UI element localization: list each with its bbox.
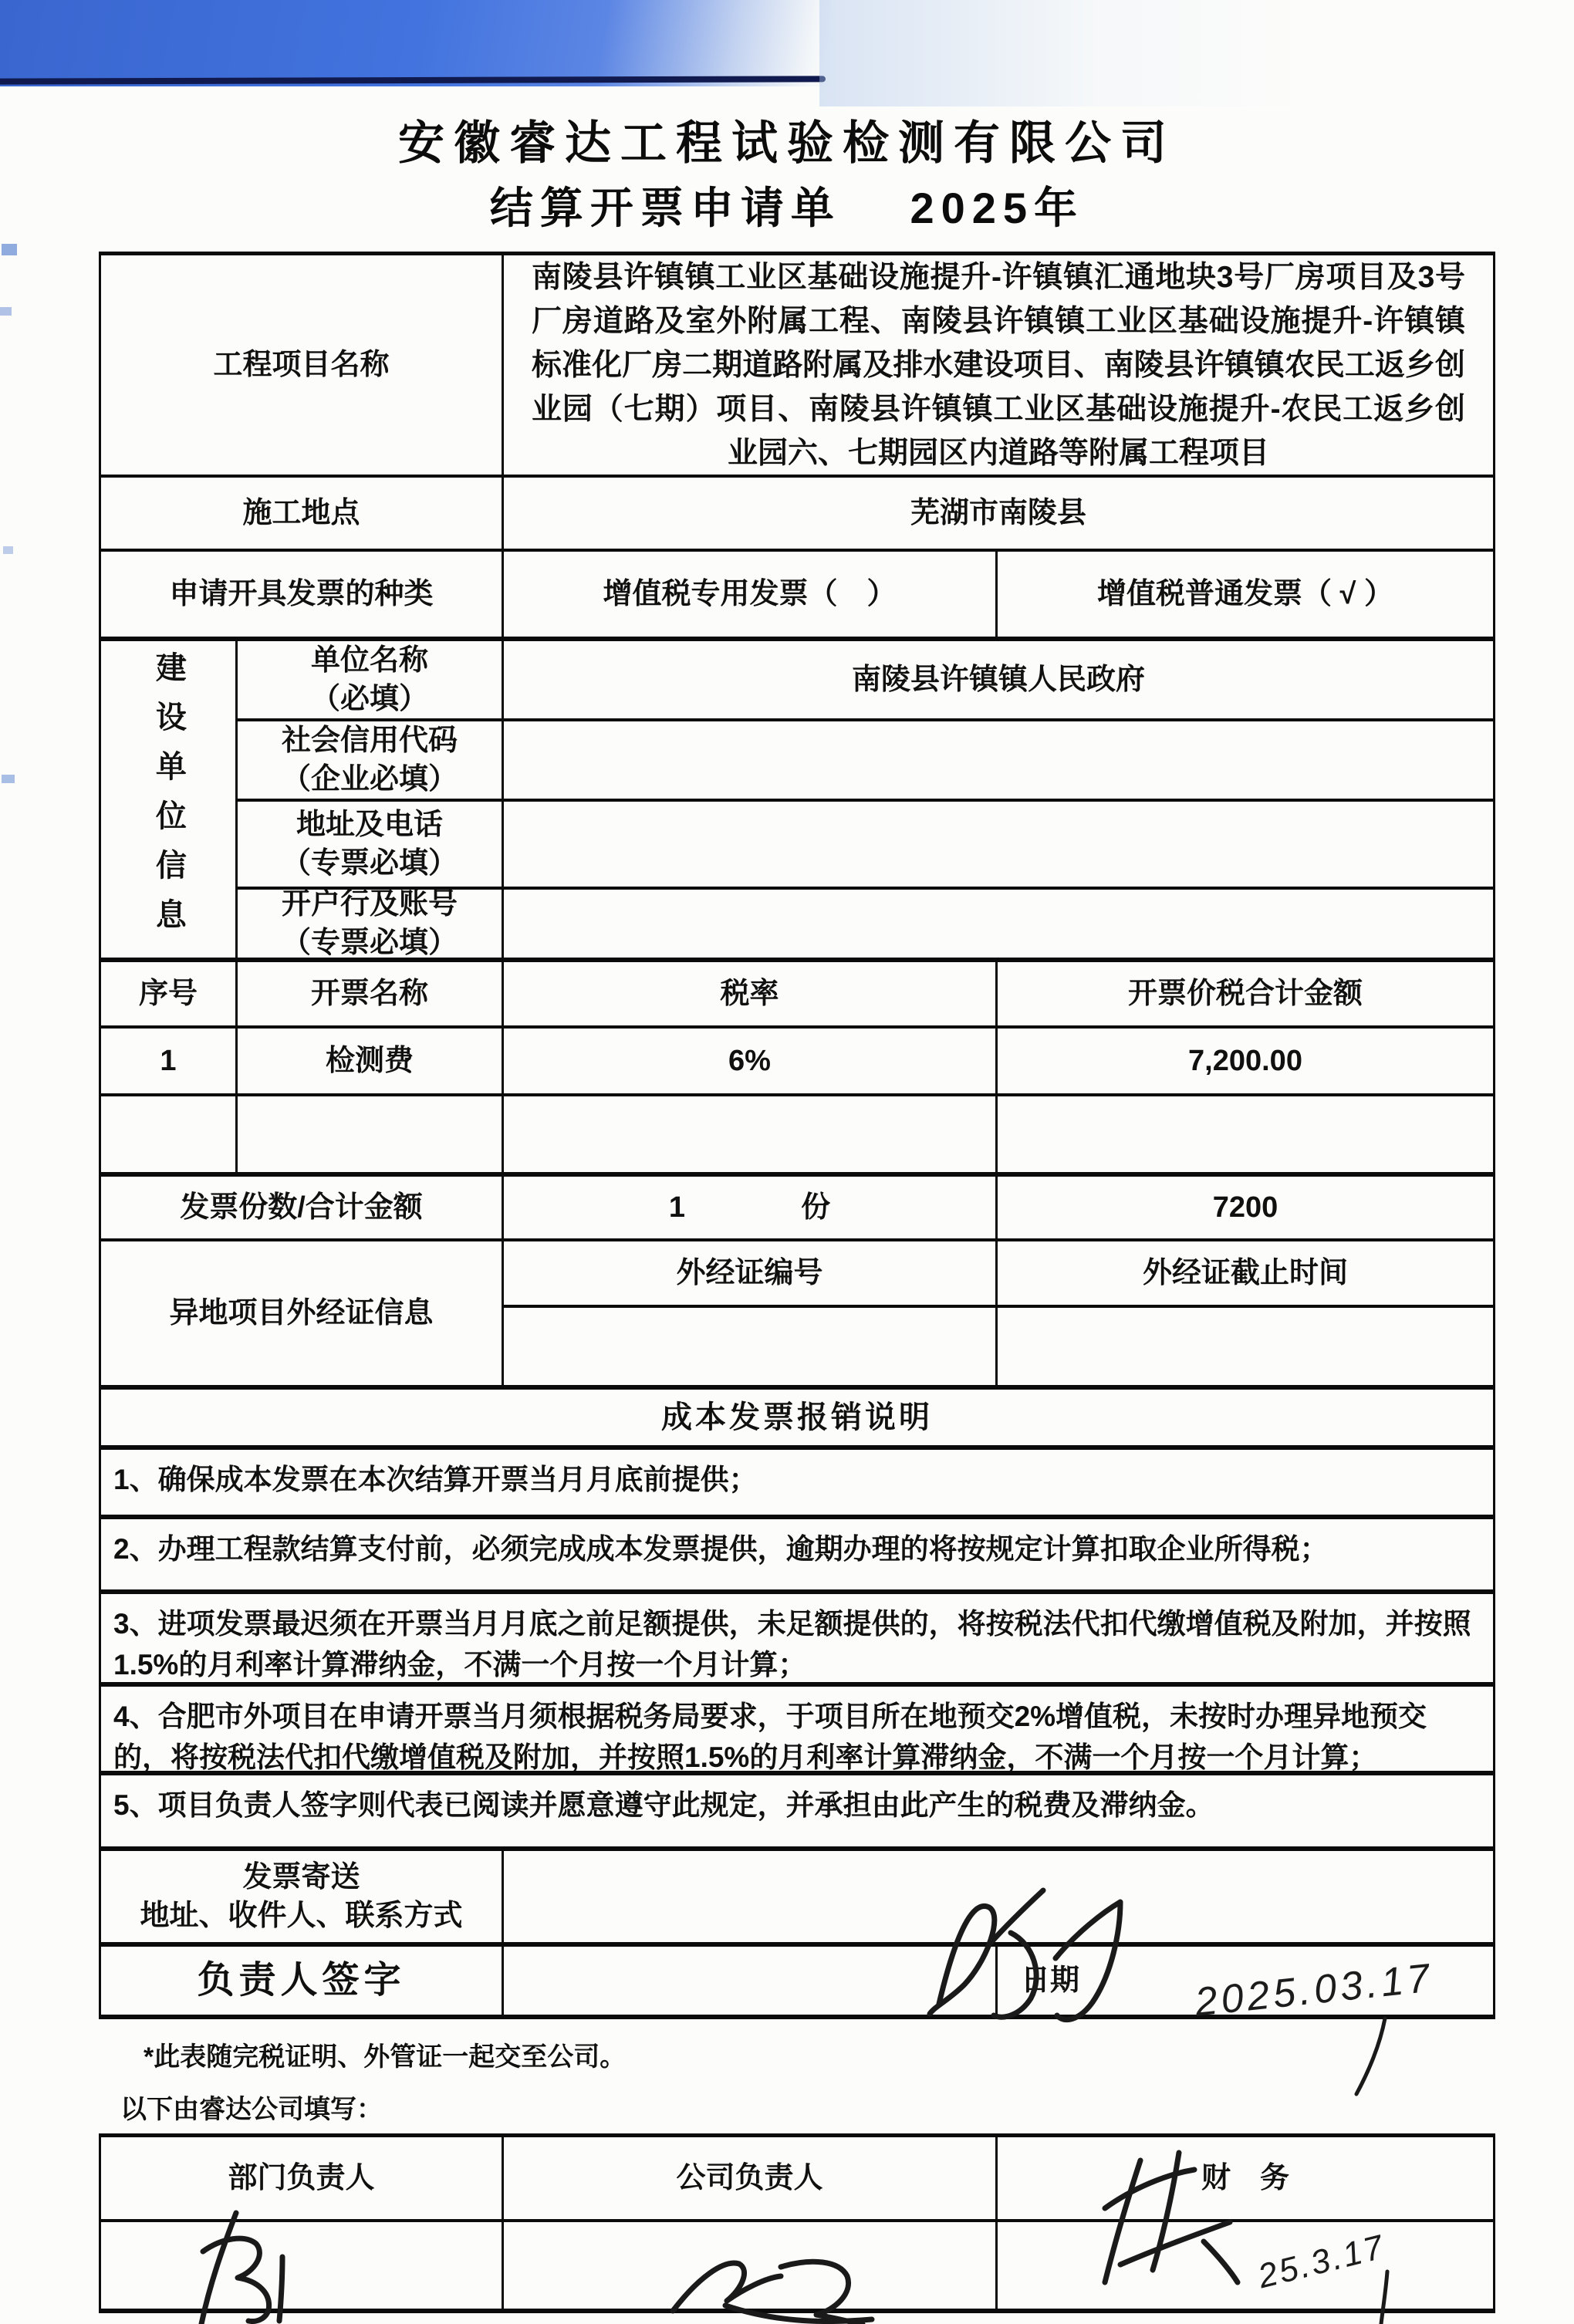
item-name xyxy=(238,1096,504,1177)
item-tax-rate: 6% xyxy=(504,1029,998,1096)
notes-title: 成本发票报销说明 xyxy=(101,1390,1495,1450)
builder-credit-value xyxy=(504,721,1495,802)
location-label: 施工地点 xyxy=(101,478,504,552)
approval-header-finance: 财 务 xyxy=(998,2137,1495,2222)
sign-area xyxy=(504,1947,998,2019)
scan-artifact-mark xyxy=(2,775,15,783)
item-index xyxy=(101,1096,238,1177)
location-row: 施工地点 芜湖市南陵县 xyxy=(101,478,1495,552)
note-text: 1、确保成本发票在本次结算开票当月月底前提供； xyxy=(101,1450,1495,1519)
outbound-cert-number-value xyxy=(504,1308,998,1390)
outbound-cert-deadline-value xyxy=(998,1308,1495,1390)
note-row-1: 1、确保成本发票在本次结算开票当月月底前提供； xyxy=(101,1450,1495,1519)
company-title: 安徽睿达工程试验检测有限公司 xyxy=(0,106,1574,173)
note-row-4: 4、合肥市外项目在申请开票当月须根据税务局要求，于项目所在地预交2%增值税，未按… xyxy=(101,1687,1495,1775)
approval-header-department: 部门负责人 xyxy=(101,2137,504,2222)
outbound-cert-group: 异地项目外经证信息 外经证编号 外经证截止时间 xyxy=(101,1241,1495,1390)
note-row-2: 2、办理工程款结算支付前，必须完成成本发票提供，逾期办理的将按规定计算扣取企业所… xyxy=(101,1519,1495,1594)
builder-name-label: 单位名称 （必填） xyxy=(238,641,504,721)
project-name-label: 工程项目名称 xyxy=(101,255,504,478)
scan-artifact-mark xyxy=(2,244,17,255)
scan-artifact-blue-band xyxy=(0,0,832,86)
item-index: 1 xyxy=(101,1029,238,1096)
note-row-3: 3、进项发票最迟须在开票当月月底之前足额提供，未足额提供的，将按税法代扣代缴增值… xyxy=(101,1594,1495,1687)
scanned-invoice-application-form: 安徽睿达工程试验检测有限公司 结算开票申请单 2025年 工程项目名称 南陵县许… xyxy=(0,0,1574,2324)
builder-row-name: 单位名称 （必填） 南陵县许镇镇人民政府 xyxy=(238,641,1495,721)
delivery-label: 发票寄送 地址、收件人、联系方式 xyxy=(101,1851,504,1947)
signature-date-tail xyxy=(1356,2018,1385,2094)
outbound-cert-header: 外经证编号 外经证截止时间 xyxy=(504,1241,1495,1308)
item-amount: 7,200.00 xyxy=(998,1029,1495,1096)
outbound-cert-rows: 外经证编号 外经证截止时间 xyxy=(504,1241,1495,1390)
form-title: 结算开票申请单 2025年 xyxy=(0,174,1574,236)
project-name-row: 工程项目名称 南陵县许镇镇工业区基础设施提升-许镇镇汇通地块3号厂房项目及3号厂… xyxy=(101,255,1495,478)
col-header-amount: 开票价税合计金额 xyxy=(998,962,1495,1029)
item-row: 1 检测费 6% 7,200.00 xyxy=(101,1029,1495,1096)
builder-rows: 单位名称 （必填） 南陵县许镇镇人民政府 社会信用代码 （企业必填） 地址及电话 xyxy=(238,641,1495,962)
totals-label: 发票份数/合计金额 xyxy=(101,1177,504,1241)
builder-address-label: 地址及电话 （专票必填） xyxy=(238,802,504,890)
approval-header-company: 公司负责人 xyxy=(504,2137,998,2222)
item-name: 检测费 xyxy=(238,1029,504,1096)
note-text: 5、项目负责人签字则代表已阅读并愿意遵守此规定，并承担由此产生的税费及滞纳金。 xyxy=(101,1775,1495,1851)
scan-artifact-mark xyxy=(0,307,12,316)
item-amount xyxy=(998,1096,1495,1177)
builder-info-group: 建设单位信息 单位名称 （必填） 南陵县许镇镇人民政府 社会信用代码 （企业必填… xyxy=(101,641,1495,962)
note-text: 3、进项发票最迟须在开票当月月底之前足额提供，未足额提供的，将按税法代扣代缴增值… xyxy=(101,1594,1495,1687)
totals-count: 1 份 xyxy=(504,1177,998,1241)
builder-credit-label: 社会信用代码 （企业必填） xyxy=(238,721,504,802)
outbound-cert-number-label: 外经证编号 xyxy=(504,1241,998,1308)
outbound-cert-values xyxy=(504,1308,1495,1390)
invoice-type-special: 增值税专用发票（ ） xyxy=(504,552,998,641)
delivery-value xyxy=(504,1851,1495,1947)
totals-row: 发票份数/合计金额 1 份 7200 xyxy=(101,1177,1495,1241)
builder-address-value xyxy=(504,802,1495,890)
delivery-row: 发票寄送 地址、收件人、联系方式 xyxy=(101,1851,1495,1947)
company-fill-hint: 以下由睿达公司填写： xyxy=(120,2088,383,2126)
invoice-type-label: 申请开具发票的种类 xyxy=(101,552,504,641)
scan-artifact-mark xyxy=(3,546,13,554)
builder-row-credit-code: 社会信用代码 （企业必填） xyxy=(238,721,1495,802)
outbound-cert-label: 异地项目外经证信息 xyxy=(101,1241,504,1390)
project-name-value: 南陵县许镇镇工业区基础设施提升-许镇镇汇通地块3号厂房项目及3号厂房道路及室外附… xyxy=(504,255,1495,478)
invoice-application-table: 工程项目名称 南陵县许镇镇工业区基础设施提升-许镇镇汇通地块3号厂房项目及3号厂… xyxy=(99,252,1495,2019)
note-row-5: 5、项目负责人签字则代表已阅读并愿意遵守此规定，并承担由此产生的税费及滞纳金。 xyxy=(101,1775,1495,1851)
builder-row-address: 地址及电话 （专票必填） xyxy=(238,802,1495,890)
builder-bank-value xyxy=(504,890,1495,962)
builder-name-value: 南陵县许镇镇人民政府 xyxy=(504,641,1495,721)
invoice-type-row: 申请开具发票的种类 增值税专用发票（ ） 增值税普通发票（ √ ） xyxy=(101,552,1495,641)
col-header-tax-rate: 税率 xyxy=(504,962,998,1029)
approval-sign-department xyxy=(101,2222,504,2313)
builder-bank-label: 开户行及账号 （专票必填） xyxy=(238,890,504,962)
item-row-empty xyxy=(101,1096,1495,1177)
sign-label: 负责人签字 xyxy=(101,1947,504,2019)
scan-artifact-fade xyxy=(819,0,1313,106)
invoice-type-general: 增值税普通发票（ √ ） xyxy=(998,552,1495,641)
builder-group-label: 建设单位信息 xyxy=(101,641,238,962)
col-header-name: 开票名称 xyxy=(238,962,504,1029)
notes-title-row: 成本发票报销说明 xyxy=(101,1390,1495,1450)
location-value: 芜湖市南陵县 xyxy=(504,478,1495,552)
builder-row-bank: 开户行及账号 （专票必填） xyxy=(238,890,1495,962)
approval-header-row: 部门负责人 公司负责人 财 务 xyxy=(101,2137,1495,2222)
note-text: 4、合肥市外项目在申请开票当月须根据税务局要求，于项目所在地预交2%增值税，未按… xyxy=(101,1687,1495,1775)
totals-amount: 7200 xyxy=(998,1177,1495,1241)
items-header-row: 序号 开票名称 税率 开票价税合计金额 xyxy=(101,962,1495,1029)
col-header-index: 序号 xyxy=(101,962,238,1029)
item-tax-rate xyxy=(504,1096,998,1177)
note-text: 2、办理工程款结算支付前，必须完成成本发票提供，逾期办理的将按规定计算扣取企业所… xyxy=(101,1519,1495,1594)
footnote: *此表随完税证明、外管证一起交至公司。 xyxy=(144,2035,626,2073)
approval-sign-company xyxy=(504,2222,998,2313)
outbound-cert-deadline-label: 外经证截止时间 xyxy=(998,1241,1495,1308)
